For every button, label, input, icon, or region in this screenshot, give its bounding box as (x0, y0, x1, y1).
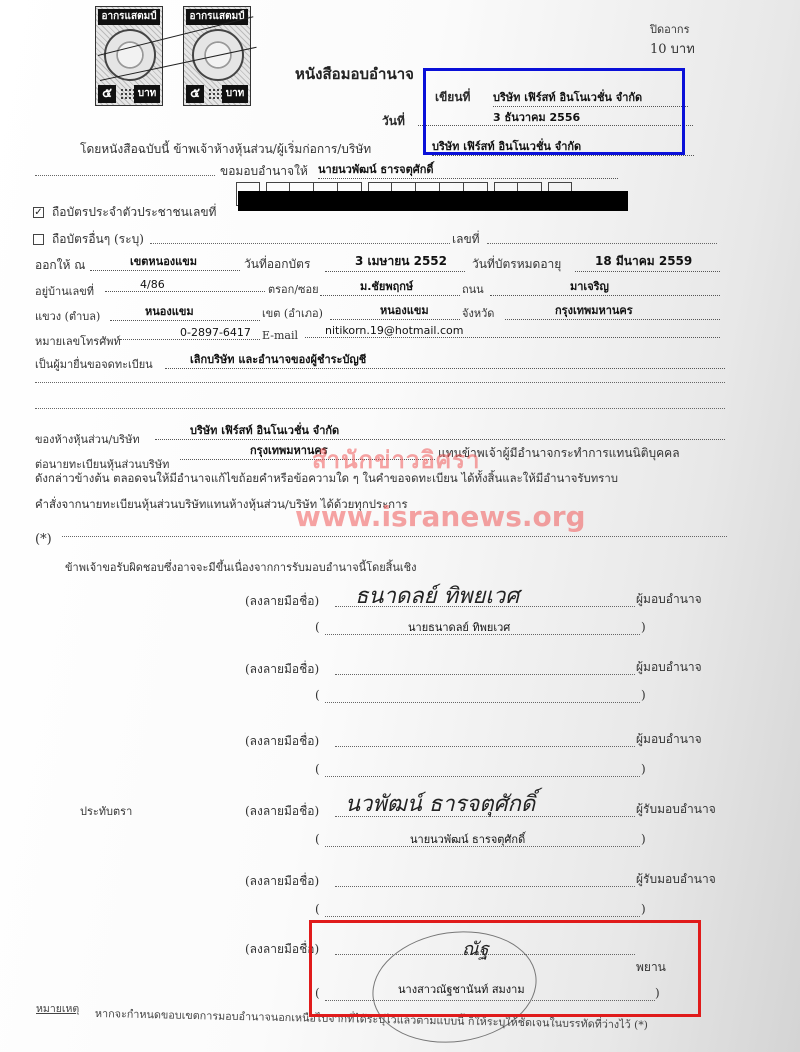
role-label-2: ผู้มอบอำนาจ (636, 658, 702, 677)
stamp-dots-icon (208, 88, 222, 100)
seal-label: ประทับตรา (80, 802, 132, 820)
house-no-field[interactable]: 4/86 (105, 278, 265, 292)
name-paren-close-1: ) (641, 620, 646, 634)
highlight-box-red (309, 920, 701, 1017)
subdistrict-field[interactable]: หนองแขม (110, 302, 260, 321)
purpose-field-line-3[interactable] (35, 408, 725, 409)
stamp-header: อากรแสตมป์ (186, 9, 248, 25)
document-title: หนังสือมอบอำนาจ (295, 62, 414, 86)
province-label: จังหวัด (462, 304, 494, 322)
role-label-1: ผู้มอบอำนาจ (636, 590, 702, 609)
citizen-id-label: ถือบัตรประจำตัวประชาชนเลขที่ (52, 203, 216, 222)
sign-label-5: (ลงลายมือชื่อ) (245, 872, 319, 891)
sign-label-1: (ลงลายมือชื่อ) (245, 592, 319, 611)
card-number-label: เลขที่ (452, 230, 480, 249)
email-label: E-mail (262, 329, 298, 342)
intro-text: โดยหนังสือฉบับนี้ ข้าพเจ้าห้างหุ้นส่วน/ผ… (80, 140, 371, 159)
stamp-unit: บาท (222, 85, 248, 103)
district-label: เขต (อำเภอ) (262, 304, 323, 322)
stamp-value: ๕ (98, 85, 116, 103)
duty-note-label: ปิดอากร (650, 20, 689, 38)
road-label: ถนน (462, 280, 484, 298)
name-paren-open-1: ( (315, 620, 320, 634)
company-field[interactable]: บริษัท เฟิร์สท์ อินโนเวชั่น จำกัด (155, 421, 725, 440)
purpose-field-line-2[interactable] (35, 382, 725, 383)
phone-label: หมายเลขโทรศัพท์ (35, 332, 121, 350)
stamp-dots-icon (120, 88, 134, 100)
subdistrict-label: แขวง (ตำบล) (35, 307, 100, 325)
citizen-id-checkbox[interactable]: ✓ (33, 207, 44, 218)
printed-name-4[interactable]: นายนวพัฒน์ ธารจตุศักดิ์ (410, 830, 525, 848)
revenue-stamp-1: อากรแสตมป์ ๕ บาท (95, 6, 163, 106)
name-paren-open-2: ( (315, 688, 320, 702)
name-paren-close-5: ) (641, 902, 646, 916)
name-paren-open-4: ( (315, 832, 320, 846)
watermark-url: www.isranews.org (295, 500, 586, 533)
name-paren-open-3: ( (315, 762, 320, 776)
expiry-date-field[interactable]: 18 มีนาคม 2559 (575, 252, 720, 272)
issued-at-label: ออกให้ ณ (35, 256, 85, 275)
printed-name-1[interactable]: นายธนาดลย์ ทิพยเวศ (408, 618, 510, 636)
duty-note-amount: 10 บาท (650, 38, 695, 59)
signature-field-2[interactable] (335, 674, 635, 675)
soi-label: ตรอก/ซอย (268, 280, 319, 298)
other-card-checkbox[interactable] (33, 234, 44, 245)
sign-label-3: (ลงลายมือชื่อ) (245, 732, 319, 751)
printed-name-field-2[interactable] (325, 702, 640, 703)
responsibility-text: ข้าพเจ้าขอรับผิดชอบซึ่งอาจจะมีขึ้นเนื่อง… (65, 558, 416, 576)
house-no-label: อยู่บ้านเลขที่ (35, 282, 94, 300)
name-paren-close-3: ) (641, 762, 646, 776)
grant-label: ขอมอบอำนาจให้ (220, 162, 308, 181)
province-field[interactable]: กรุงเทพมหานคร (505, 301, 720, 320)
printed-name-field-5[interactable] (325, 916, 640, 917)
road-field[interactable]: มาเจริญ (490, 277, 720, 296)
issue-date-field[interactable]: 3 เมษายน 2552 (325, 252, 465, 272)
name-paren-close-2: ) (641, 688, 646, 702)
company-label: ของห้างหุ้นส่วน/บริษัท (35, 430, 140, 448)
phone-field[interactable]: 0-2897-6417 (120, 326, 260, 340)
handwritten-signature-1: ธนาดลย์ ทิพยเวศ (355, 578, 519, 613)
sign-label-2: (ลงลายมือชื่อ) (245, 660, 319, 679)
name-paren-close-4: ) (641, 832, 646, 846)
date-label: วันที่ (382, 112, 405, 131)
expiry-date-label: วันที่บัตรหมดอายุ (472, 255, 561, 274)
custom-clause-field[interactable] (62, 536, 727, 537)
stamp-value: ๕ (186, 85, 204, 103)
sign-label-4: (ลงลายมือชื่อ) (245, 802, 319, 821)
role-label-4: ผู้รับมอบอำนาจ (636, 800, 716, 819)
watermark-thai: สำนักข่าวอิศรา (312, 440, 480, 479)
issue-date-label: วันที่ออกบัตร (244, 255, 310, 274)
redaction-bar (238, 191, 628, 211)
other-card-label: ถือบัตรอื่นๆ (ระบุ) (52, 230, 144, 249)
printed-name-field-3[interactable] (325, 776, 640, 777)
purpose-label: เป็นผู้มายื่นขอจดทะเบียน (35, 355, 153, 373)
role-label-3: ผู้มอบอำนาจ (636, 730, 702, 749)
purpose-field[interactable]: เลิกบริษัท และอำนาจของผู้ชำระบัญชี (165, 350, 725, 369)
stamp-header: อากรแสตมป์ (98, 9, 160, 25)
issued-at-field[interactable]: เขตหนองแขม (90, 252, 240, 271)
custom-clause-marker: (*) (35, 532, 52, 547)
highlight-box-blue (423, 68, 685, 155)
name-paren-open-5: ( (315, 902, 320, 916)
role-label-5: ผู้รับมอบอำนาจ (636, 870, 716, 889)
signature-field-3[interactable] (335, 746, 635, 747)
district-field[interactable]: หนองแขม (330, 301, 460, 320)
grantee-field[interactable]: นายนวพัฒน์ ธารจตุศักดิ์ (318, 160, 618, 179)
other-card-field[interactable] (150, 243, 450, 244)
blank-dotted-line (35, 175, 215, 176)
handwritten-signature-4: นวพัฒน์ ธารจตุศักดิ์ (345, 786, 535, 821)
soi-field[interactable]: ม.ชัยพฤกษ์ (320, 277, 460, 296)
email-field[interactable]: nitikorn.19@hotmail.com (305, 324, 720, 338)
signature-field-5[interactable] (335, 886, 635, 887)
card-number-field[interactable] (487, 243, 717, 244)
stamp-unit: บาท (134, 85, 160, 103)
footnote-label: หมายเหตุ (36, 1000, 79, 1017)
